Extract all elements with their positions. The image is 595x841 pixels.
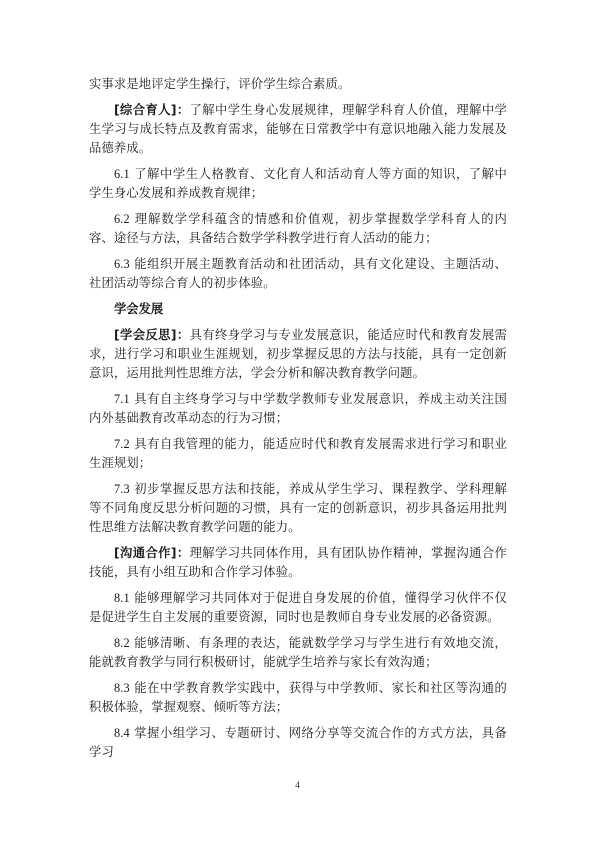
item-number: 8.3	[114, 681, 130, 695]
paragraph-communication: [沟通合作]：理解学习共同体作用，具有团队协作精神，掌握沟通合作技能，具有小组互…	[89, 544, 507, 582]
item-text: 掌握小组学习、专题研讨、网络分享等交流合作的方式方法，具备学习	[89, 726, 507, 759]
item-8-3: 8.3 能在中学教育教学实践中，获得与中学教师、家长和社区等沟通的积极体验，掌握…	[89, 679, 507, 717]
paragraph-continuation: 实事求是地评定学生操行，评价学生综合素质。	[89, 75, 507, 94]
paragraph-text: 实事求是地评定学生操行，评价学生综合素质。	[89, 77, 350, 91]
paragraph-reflection: [学会反思]：具有终身学习与专业发展意识，能适应时代和教育发展需求，进行学习和职…	[89, 326, 507, 383]
item-8-1: 8.1 能够理解学习共同体对于促进自身发展的价值，懂得学习伙伴不仅是促进学生自主…	[89, 589, 507, 627]
item-6-2: 6.2 理解数学学科蕴含的情感和价值观，初步掌握数学学科育人的内容、途径与方法，…	[89, 210, 507, 248]
item-number: 8.2	[114, 636, 130, 650]
item-text: 具有自我管理的能力，能适应时代和教育发展需求进行学习和职业生涯规划；	[89, 437, 507, 470]
item-7-1: 7.1 具有自主终身学习与中学数学教师专业发展意识，养成主动关注国内外基础教育改…	[89, 390, 507, 428]
section-tag: [综合育人]：	[114, 103, 190, 117]
item-number: 6.3	[114, 257, 130, 271]
item-text: 能够理解学习共同体对于促进自身发展的价值，懂得学习伙伴不仅是促进学生自主发展的重…	[89, 591, 507, 624]
item-number: 8.1	[114, 591, 130, 605]
item-text: 能够清晰、有条理的表达，能就数学学习与学生进行有效地交流，能就教育教学与同行积极…	[89, 636, 507, 669]
item-number: 6.1	[114, 167, 130, 181]
item-text: 初步掌握反思方法和技能，养成从学生学习、课程教学、学科理解等不同角度反思分析问题…	[89, 482, 507, 534]
item-6-1: 6.1 了解中学生人格教育、文化育人和活动育人等方面的知识，了解中学生身心发展和…	[89, 165, 507, 203]
page-number: 4	[0, 780, 595, 790]
item-7-2: 7.2 具有自我管理的能力，能适应时代和教育发展需求进行学习和职业生涯规划；	[89, 435, 507, 473]
section-tag: [沟通合作]：	[114, 546, 190, 560]
item-8-2: 8.2 能够清晰、有条理的表达，能就数学学习与学生进行有效地交流，能就教育教学与…	[89, 634, 507, 672]
document-page: 实事求是地评定学生操行，评价学生综合素质。 [综合育人]：了解中学生身心发展规律…	[89, 75, 507, 769]
item-number: 7.2	[114, 437, 130, 451]
section-heading-learn-to-develop: 学会发展	[89, 300, 507, 319]
item-number: 7.1	[114, 392, 130, 406]
item-text: 理解数学学科蕴含的情感和价值观，初步掌握数学学科育人的内容、途径与方法，具备结合…	[89, 212, 507, 245]
item-6-3: 6.3 能组织开展主题教育活动和社团活动，具有文化建设、主题活动、社团活动等综合…	[89, 255, 507, 293]
item-text: 具有自主终身学习与中学数学教师专业发展意识，养成主动关注国内外基础教育改革动态的…	[89, 392, 507, 425]
paragraph-comprehensive-education: [综合育人]：了解中学生身心发展规律，理解学科育人价值，理解中学生学习与成长特点…	[89, 101, 507, 158]
item-number: 6.2	[114, 212, 130, 226]
item-number: 8.4	[114, 726, 130, 740]
item-text: 能在中学教育教学实践中，获得与中学教师、家长和社区等沟通的积极体验，掌握观察、倾…	[89, 681, 507, 714]
item-8-4: 8.4 掌握小组学习、专题研讨、网络分享等交流合作的方式方法，具备学习	[89, 724, 507, 762]
item-text: 了解中学生人格教育、文化育人和活动育人等方面的知识，了解中学生身心发展和养成教育…	[89, 167, 507, 200]
section-tag: [学会反思]：	[114, 328, 190, 342]
item-7-3: 7.3 初步掌握反思方法和技能，养成从学生学习、课程教学、学科理解等不同角度反思…	[89, 480, 507, 537]
item-text: 能组织开展主题教育活动和社团活动，具有文化建设、主题活动、社团活动等综合育人的初…	[89, 257, 507, 290]
item-number: 7.3	[114, 482, 130, 496]
